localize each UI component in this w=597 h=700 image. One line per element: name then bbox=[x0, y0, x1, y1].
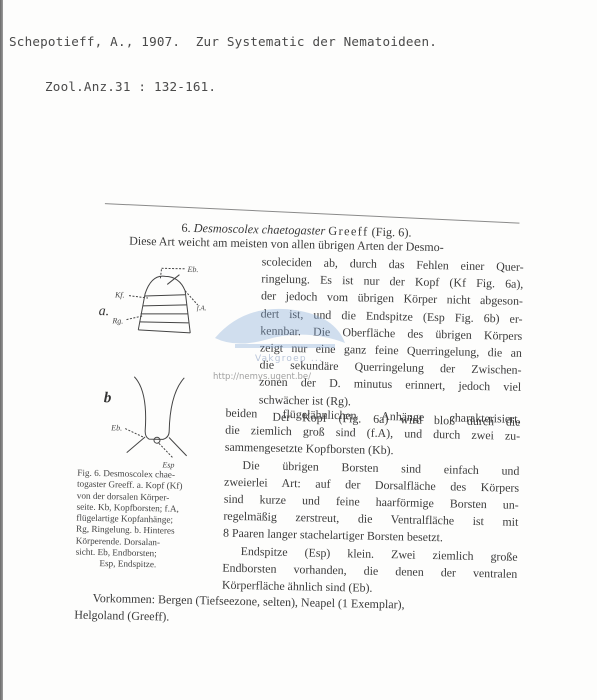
figure-6b: b Eb. Esp bbox=[74, 370, 226, 473]
watermark-text: Vakgroep ... bbox=[255, 354, 323, 364]
svg-text:Kf.: Kf. bbox=[114, 290, 125, 299]
section-number: 6. bbox=[181, 221, 191, 235]
nematode-tail-drawing: b Eb. Esp bbox=[74, 370, 226, 473]
caption-line: Esp, Endspitze. bbox=[75, 558, 215, 572]
svg-text:f.A.: f.A. bbox=[197, 304, 207, 312]
citation: Schepotieff, A., 1907. Zur Systematic de… bbox=[9, 4, 437, 109]
figure-reference: (Fig. 6). bbox=[371, 225, 411, 240]
taxon-author: Greeff bbox=[328, 224, 369, 239]
citation-line-2: Zool.Anz.31 : 132-161. bbox=[9, 79, 437, 94]
vorkommen-paragraph: Vorkommen: Bergen (Tiefseezone, selten),… bbox=[74, 590, 405, 631]
citation-line-1: Schepotieff, A., 1907. Zur Systematic de… bbox=[9, 34, 437, 49]
svg-text:a.: a. bbox=[99, 304, 110, 319]
svg-text:Rg.: Rg. bbox=[111, 316, 123, 325]
nematode-head-drawing: Eb. Kf. f.A. Rg. a. bbox=[92, 255, 244, 348]
svg-text:Eb.: Eb. bbox=[110, 423, 122, 432]
svg-text:Esp: Esp bbox=[161, 460, 174, 469]
watermark-url: http://nemys.ugent.be/ bbox=[213, 372, 311, 382]
intro-paragraph: scoleciden ab, durch das Fehlen einer Qu… bbox=[258, 253, 524, 430]
figure-6a: Eb. Kf. f.A. Rg. a. bbox=[92, 255, 244, 348]
kopf-borsten-paragraph: beiden flügelähnlichen Anhänge charakter… bbox=[222, 405, 521, 600]
svg-text:Eb.: Eb. bbox=[186, 265, 198, 274]
page-top-rule bbox=[105, 203, 520, 224]
figure-caption: Fig. 6. Desmoscolex chae- togaster Greef… bbox=[75, 468, 217, 573]
scanned-page: 6. Desmoscolex chaetogaster Greeff (Fig.… bbox=[91, 200, 530, 649]
scan-edge bbox=[0, 0, 3, 700]
svg-text:b: b bbox=[104, 390, 112, 406]
